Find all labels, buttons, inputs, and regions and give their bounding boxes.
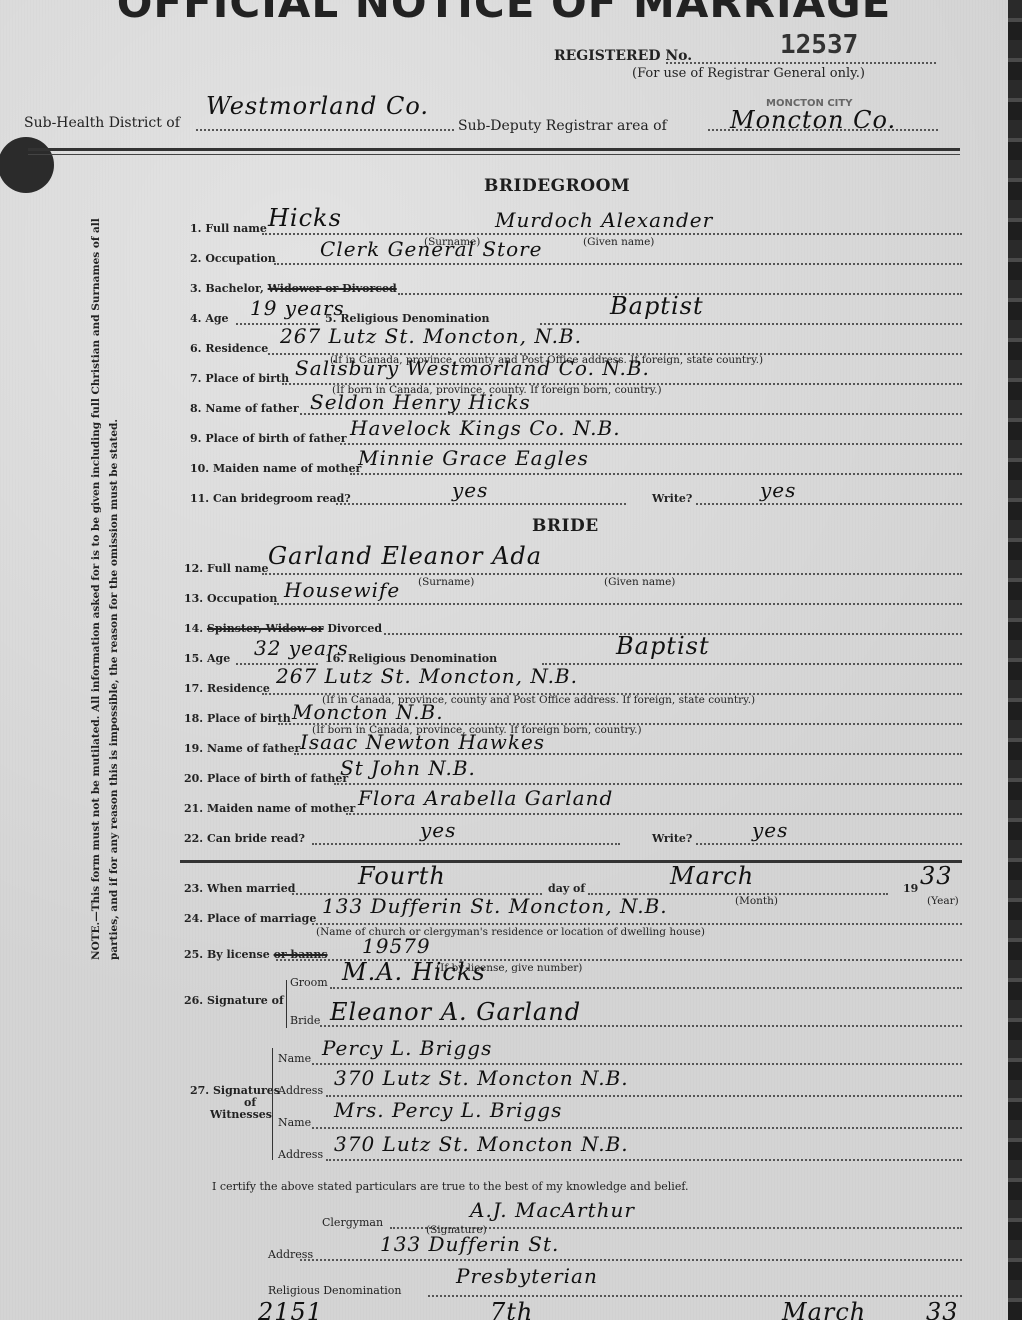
- double-rule: [28, 148, 960, 151]
- dotted-line: [666, 62, 936, 64]
- groom-religion: Baptist: [610, 292, 704, 320]
- dotted-line: [540, 323, 962, 325]
- side-note-line2: parties, and if for any reason this is i…: [108, 419, 120, 960]
- field-label: 12. Full name: [184, 562, 269, 575]
- bride-birthplace: Moncton N.B.: [292, 700, 444, 724]
- groom-can-write: yes: [760, 478, 796, 502]
- dotted-line: [274, 603, 962, 605]
- witness-label: 27. Signatures: [190, 1084, 280, 1097]
- witness1-name-label: Name: [278, 1052, 311, 1065]
- marriage-year: 33: [920, 862, 953, 890]
- marriage-place: 133 Dufferin St. Moncton, N.B.: [322, 894, 668, 918]
- clergyman-label: Clergyman: [322, 1216, 383, 1229]
- witness1-address-label: Address: [278, 1084, 323, 1097]
- bride-can-write: yes: [752, 818, 788, 842]
- document-title: OFFICIAL NOTICE OF MARRIAGE: [0, 0, 1008, 27]
- write-label: Write?: [652, 832, 692, 845]
- dotted-line: [326, 1159, 962, 1161]
- witness2-address-label: Address: [278, 1148, 323, 1161]
- field-label: 8. Name of father: [190, 402, 299, 415]
- bride-heading: BRIDE: [532, 516, 599, 536]
- groom-father-name: Seldon Henry Hicks: [310, 390, 531, 414]
- groom-can-read: yes: [452, 478, 488, 502]
- bride-can-read: yes: [420, 818, 456, 842]
- clergyman-denomination: Presbyterian: [456, 1264, 598, 1288]
- marriage-month: March: [670, 862, 754, 890]
- bride-residence: 267 Lutz St. Moncton, N.B.: [276, 664, 578, 688]
- dotted-line: [262, 233, 962, 235]
- field-label: 9. Place of birth of father: [190, 432, 347, 445]
- dotted-line: [350, 473, 962, 475]
- double-rule: [28, 154, 960, 155]
- dotted-line: [428, 1295, 962, 1297]
- section-rule: [180, 860, 962, 863]
- field-label: 15. Age: [184, 652, 230, 665]
- witness2-address: 370 Lutz St. Moncton N.B.: [334, 1132, 629, 1156]
- footer-month: March: [782, 1298, 866, 1320]
- write-label: Write?: [652, 492, 692, 505]
- registrar-note: (For use of Registrar General only.): [632, 66, 865, 81]
- sub-health-district-value: Westmorland Co.: [206, 92, 429, 120]
- scan-edge-strip: [1008, 0, 1022, 1320]
- field-label: 26. Signature of: [184, 994, 284, 1007]
- bride-full-name: Garland Eleanor Ada: [268, 542, 542, 570]
- groom-birthplace: Salisbury Westmorland Co. N.B.: [295, 356, 650, 380]
- given-name-caption: (Given name): [604, 576, 675, 588]
- witness-label-witnesses: Witnesses: [210, 1108, 272, 1121]
- punch-hole: [0, 137, 54, 193]
- field-label: 13. Occupation: [184, 592, 277, 605]
- dotted-line: [262, 573, 962, 575]
- dotted-line: [196, 129, 454, 131]
- witness-brace: [272, 1048, 273, 1160]
- bride-signature-label: Bride: [290, 1014, 320, 1027]
- field-label: 18. Place of birth: [184, 712, 291, 725]
- field-label: 1. Full name: [190, 222, 267, 235]
- dotted-line: [334, 783, 962, 785]
- footer-year: 33: [926, 1298, 959, 1320]
- bride-mother-maiden-name: Flora Arabella Garland: [358, 786, 613, 810]
- given-name-caption: (Given name): [583, 236, 654, 248]
- bride-signature: Eleanor A. Garland: [330, 998, 581, 1026]
- clergyman-denomination-label: Religious Denomination: [268, 1284, 402, 1297]
- field-label: 6. Residence: [190, 342, 268, 355]
- footer-day: 7th: [490, 1298, 533, 1320]
- field-label: 4. Age: [190, 312, 229, 325]
- dotted-line: [340, 443, 962, 445]
- dotted-line: [696, 843, 962, 845]
- field-label: 7. Place of birth: [190, 372, 289, 385]
- witness2-name: Mrs. Percy L. Briggs: [334, 1098, 562, 1122]
- field-label: 21. Maiden name of mother: [184, 802, 355, 815]
- groom-given-name: Murdoch Alexander: [495, 208, 713, 232]
- footer-number: 2151: [258, 1298, 323, 1320]
- dotted-line: [336, 503, 626, 505]
- bridegroom-heading: BRIDEGROOM: [484, 176, 630, 196]
- witness2-name-label: Name: [278, 1116, 311, 1129]
- groom-surname: Hicks: [268, 204, 342, 232]
- month-caption: (Month): [735, 895, 778, 907]
- witness1-name: Percy L. Briggs: [322, 1036, 492, 1060]
- clergyman-address: 133 Dufferin St.: [380, 1232, 559, 1256]
- field-label: 17. Residence: [184, 682, 270, 695]
- sub-deputy-value: Moncton Co.: [730, 106, 896, 134]
- dotted-line: [312, 843, 620, 845]
- field-label: 23. When married: [184, 882, 295, 895]
- sub-deputy-label: Sub-Deputy Registrar area of: [458, 118, 667, 134]
- license-number: 19579: [362, 934, 431, 958]
- certification-statement: I certify the above stated particulars a…: [212, 1180, 689, 1193]
- bride-occupation: Housewife: [284, 578, 400, 602]
- groom-signature: M.A. Hicks: [342, 958, 486, 986]
- year-caption: (Year): [927, 895, 959, 907]
- field-label: 14. Spinster, Widow or Divorced: [184, 622, 382, 635]
- dotted-line: [274, 263, 962, 265]
- dotted-line: [696, 503, 962, 505]
- surname-caption: (Surname): [418, 576, 474, 588]
- witness1-address: 370 Lutz St. Moncton N.B.: [334, 1066, 629, 1090]
- field-label: 2. Occupation: [190, 252, 276, 265]
- field-label: 20. Place of birth of father: [184, 772, 348, 785]
- dotted-line: [312, 1127, 962, 1129]
- field-label: 10. Maiden name of mother: [190, 462, 361, 475]
- clergyman-signature: A.J. MacArthur: [470, 1198, 635, 1222]
- dotted-line: [300, 1259, 962, 1261]
- field-label: 19. Name of father: [184, 742, 300, 755]
- bride-father-name: Isaac Newton Hawkes: [300, 730, 545, 754]
- marriage-day: Fourth: [358, 862, 446, 890]
- field-label: 22. Can bride read?: [184, 832, 305, 845]
- groom-signature-label: Groom: [290, 976, 328, 989]
- field-label: 11. Can bridegroom read?: [190, 492, 351, 505]
- groom-mother-maiden-name: Minnie Grace Eagles: [358, 446, 589, 470]
- groom-occupation: Clerk General Store: [320, 237, 543, 261]
- document-page: OFFICIAL NOTICE OF MARRIAGE REGISTERED N…: [0, 0, 1008, 1320]
- groom-father-birthplace: Havelock Kings Co. N.B.: [350, 416, 621, 440]
- bride-father-birthplace: St John N.B.: [340, 756, 476, 780]
- dotted-line: [326, 1095, 962, 1097]
- field-label: 3. Bachelor, Widower or Divorced: [190, 282, 397, 295]
- dotted-line: [330, 987, 962, 989]
- bride-religion: Baptist: [616, 632, 710, 660]
- dotted-line: [312, 1063, 962, 1065]
- dotted-line: [542, 663, 962, 665]
- year-prefix: 19: [903, 882, 918, 895]
- dotted-line: [312, 923, 962, 925]
- signature-brace: [286, 980, 287, 1028]
- field-label: 24. Place of marriage: [184, 912, 316, 925]
- dotted-line: [346, 813, 962, 815]
- registered-number: 12537: [780, 30, 858, 60]
- side-note-line1: NOTE.—This form must not be mutilated. A…: [90, 218, 102, 960]
- groom-residence: 267 Lutz St. Moncton, N.B.: [280, 324, 582, 348]
- sub-health-district-label: Sub-Health District of: [24, 115, 180, 131]
